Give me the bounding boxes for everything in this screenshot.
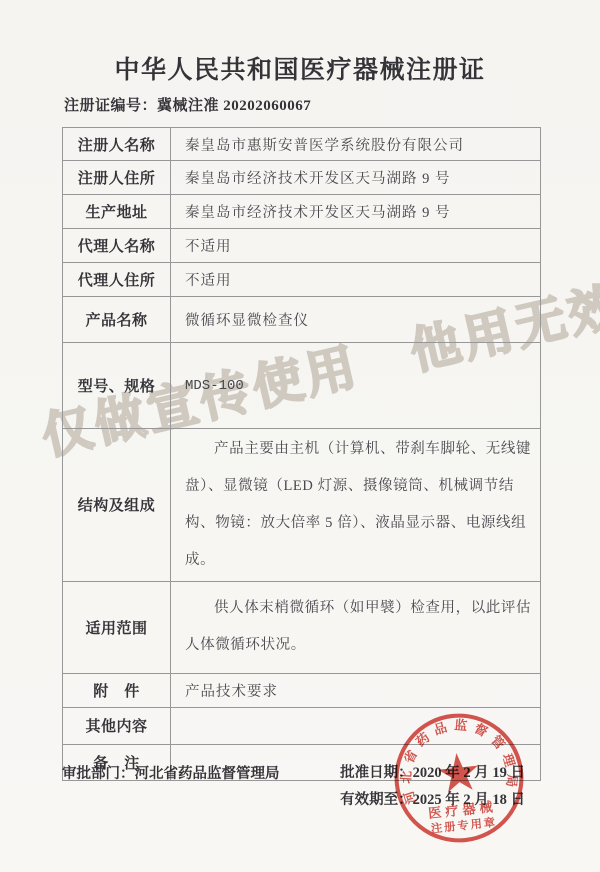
table-row-registrant-name: 注册人名称 秦皇岛市惠斯安普医学系统股份有限公司 [63,128,541,161]
row-value: 不适用 [171,229,541,263]
table-row-agent-address: 代理人住所 不适用 [63,263,541,297]
row-value: 微循环显微检查仪 [171,297,541,343]
row-value: 产品主要由主机（计算机、带刹车脚轮、无线键盘）、显微镜（LED 灯源、摄像镜筒、… [171,429,541,582]
table-row-intended-use: 适用范围 供人体末梢微循环（如甲襞）检查用，以此评估人体微循环状况。 [63,581,541,673]
table-row-model-spec: 型号、规格 MDS-100 [63,343,541,429]
row-label: 产品名称 [63,297,171,343]
valid-until-label: 有效期至： [340,792,413,808]
row-label: 生产地址 [63,195,171,229]
cert-number-label: 注册证编号： [64,98,157,114]
row-value: 产品技术要求 [171,673,541,707]
approve-date-line: 批准日期：2020 年 2 月 19 日 [340,760,525,787]
certificate-table: 注册人名称 秦皇岛市惠斯安普医学系统股份有限公司 注册人住所 秦皇岛市经济技术开… [62,127,541,781]
row-label: 其他内容 [63,707,171,744]
row-label: 代理人名称 [63,229,171,263]
row-label: 适用范围 [63,581,171,673]
row-label: 代理人住所 [63,263,171,297]
certificate-page: 仅做宣传使用 他用无效 中华人民共和国医疗器械注册证 注册证编号：冀械注准 20… [0,0,600,872]
approval-department-line: 审批部门：河北省药品监督管理局 [62,760,280,814]
dates-block: 批准日期：2020 年 2 月 19 日 有效期至：2025 年 2 月 18 … [340,760,541,814]
table-row-registrant-address: 注册人住所 秦皇岛市经济技术开发区天马湖路 9 号 [63,161,541,195]
table-row-attachment: 附 件 产品技术要求 [63,673,541,707]
row-value [171,707,541,744]
row-label: 附 件 [63,673,171,707]
table-row-other-content: 其他内容 [63,707,541,744]
row-value: 秦皇岛市经济技术开发区天马湖路 9 号 [171,161,541,195]
cert-number-line: 注册证编号：冀械注准 20202060067 [64,94,311,115]
valid-until-line: 有效期至：2025 年 2 月 18 日 [340,787,525,814]
table-row-agent-name: 代理人名称 不适用 [63,229,541,263]
row-label: 结构及组成 [63,429,171,582]
approve-date-value: 2020 年 2 月 19 日 [413,765,525,781]
row-value: 不适用 [171,263,541,297]
page-title: 中华人民共和国医疗器械注册证 [0,50,600,86]
row-label: 注册人名称 [63,128,171,161]
table-row-product-name: 产品名称 微循环显微检查仪 [63,297,541,343]
footer: 审批部门：河北省药品监督管理局 批准日期：2020 年 2 月 19 日 有效期… [62,760,541,814]
row-value: 秦皇岛市经济技术开发区天马湖路 9 号 [171,195,541,229]
seal-center-line2: 注册专用章 [430,815,497,836]
row-label: 型号、规格 [63,343,171,429]
table-row-structure-composition: 结构及组成 产品主要由主机（计算机、带刹车脚轮、无线键盘）、显微镜（LED 灯源… [63,429,541,582]
approval-department-value: 河北省药品监督管理局 [135,766,280,782]
valid-until-value: 2025 年 2 月 18 日 [413,792,525,808]
cert-number-value: 冀械注准 20202060067 [157,98,311,114]
table-row-production-address: 生产地址 秦皇岛市经济技术开发区天马湖路 9 号 [63,195,541,229]
approval-department-label: 审批部门： [62,766,135,782]
row-value: 供人体末梢微循环（如甲襞）检查用，以此评估人体微循环状况。 [171,581,541,673]
row-value: 秦皇岛市惠斯安普医学系统股份有限公司 [171,128,541,161]
row-value: MDS-100 [171,343,541,429]
approve-date-label: 批准日期： [340,765,413,781]
row-label: 注册人住所 [63,161,171,195]
